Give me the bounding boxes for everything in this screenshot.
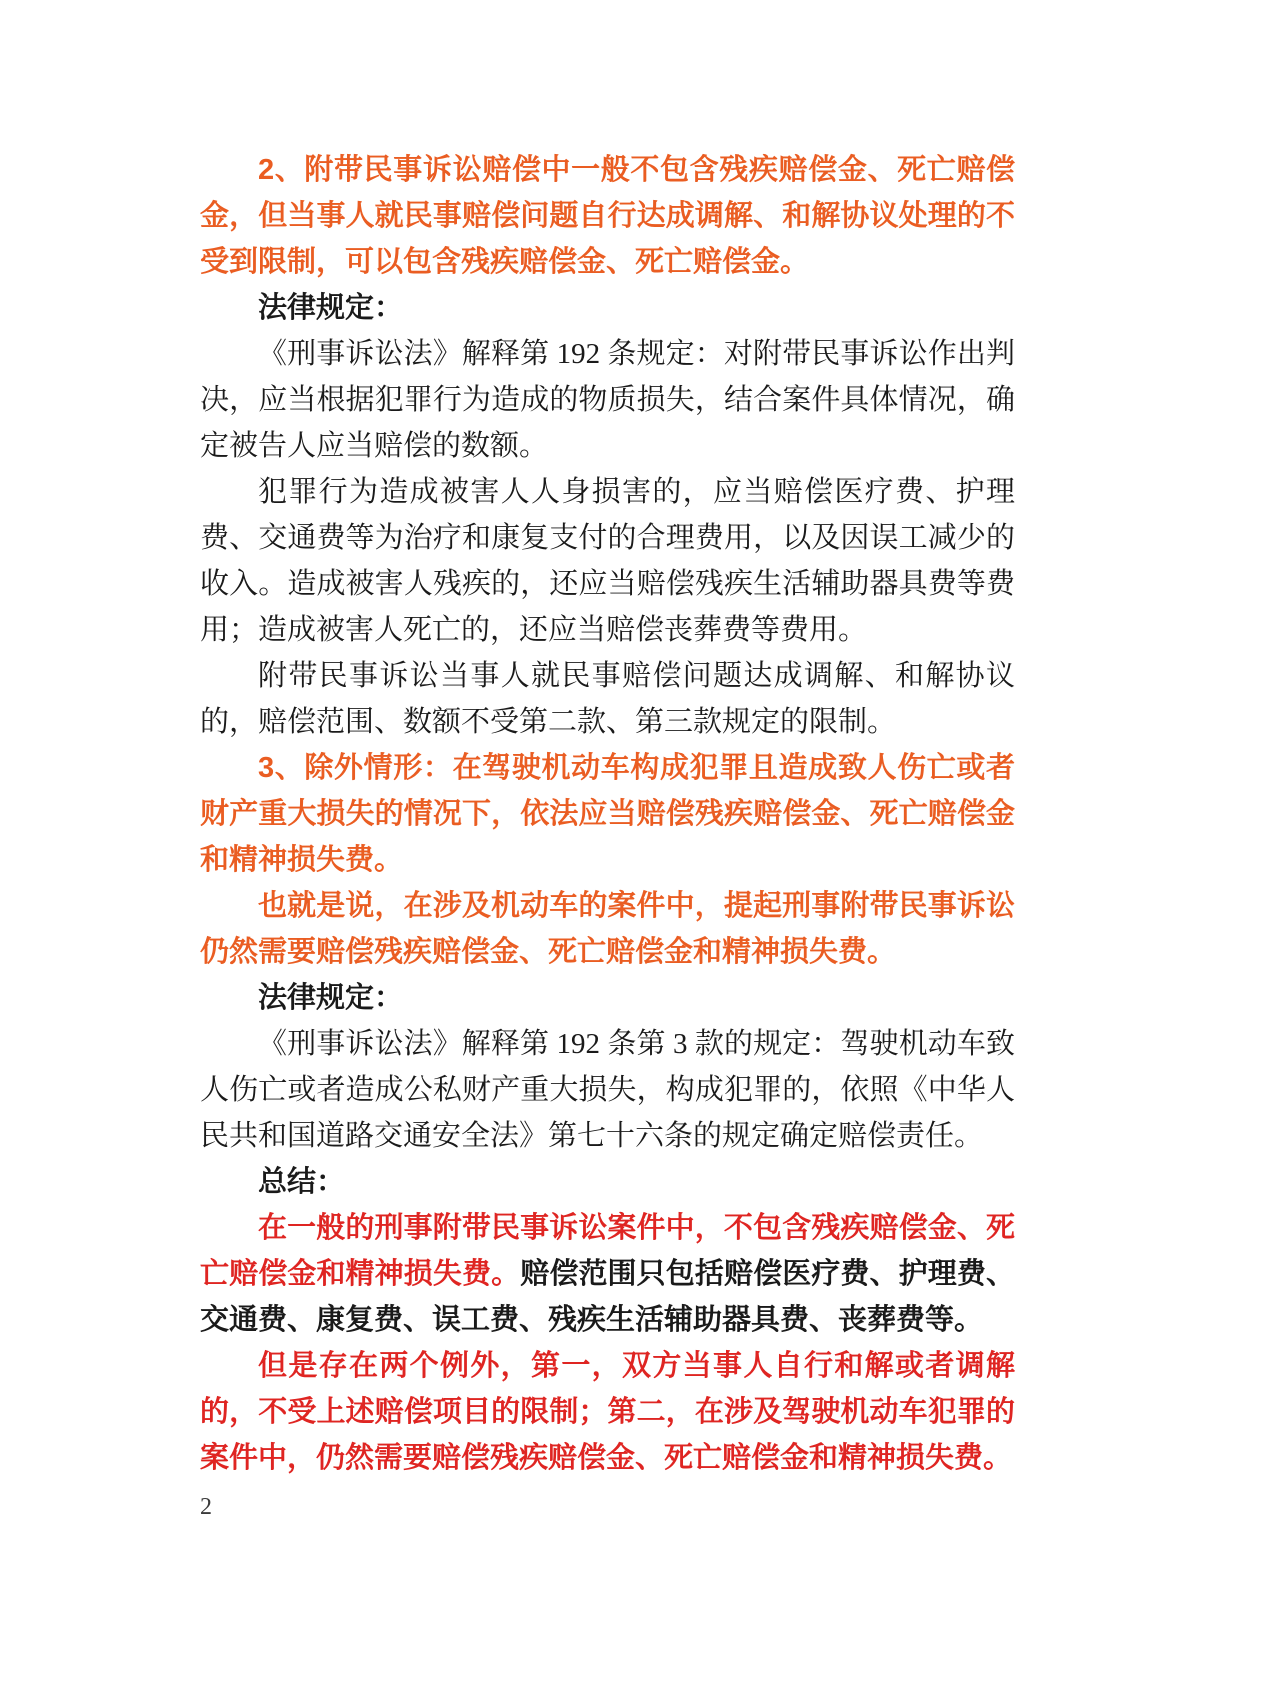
- paragraph-summary-main: 在一般的刑事附带民事诉讼案件中，不包含残疾赔偿金、死亡赔偿金和精神损失费。赔偿范…: [200, 1205, 1015, 1343]
- heading-summary: 总结：: [200, 1159, 1015, 1205]
- page-number: 2: [200, 1489, 1015, 1525]
- paragraph-article-192-clause-3: 《刑事诉讼法》解释第 192 条第 3 款的规定：驾驶机动车致人伤亡或者造成公私…: [200, 1021, 1015, 1159]
- paragraph-article-192: 《刑事诉讼法》解释第 192 条规定：对附带民事诉讼作出判决，应当根据犯罪行为造…: [200, 331, 1015, 469]
- paragraph-summary-exceptions: 但是存在两个例外，第一，双方当事人自行和解或者调解的，不受上述赔偿项目的限制；第…: [200, 1343, 1015, 1481]
- document-content: 2、附带民事诉讼赔偿中一般不包含残疾赔偿金、死亡赔偿金，但当事人就民事赔偿问题自…: [200, 147, 1015, 1525]
- heading-legal-provision-2: 法律规定：: [200, 975, 1015, 1021]
- paragraph-point-2: 2、附带民事诉讼赔偿中一般不包含残疾赔偿金、死亡赔偿金，但当事人就民事赔偿问题自…: [200, 147, 1015, 285]
- paragraph-personal-injury-compensation: 犯罪行为造成被害人人身损害的，应当赔偿医疗费、护理费、交通费等为治疗和康复支付的…: [200, 469, 1015, 653]
- paragraph-mediation-agreement: 附带民事诉讼当事人就民事赔偿问题达成调解、和解协议的，赔偿范围、数额不受第二款、…: [200, 653, 1015, 745]
- paragraph-motor-vehicle-note: 也就是说，在涉及机动车的案件中，提起刑事附带民事诉讼仍然需要赔偿残疾赔偿金、死亡…: [200, 883, 1015, 975]
- document-page: 2、附带民事诉讼赔偿中一般不包含残疾赔偿金、死亡赔偿金，但当事人就民事赔偿问题自…: [0, 0, 1280, 1706]
- paragraph-point-3-exception: 3、除外情形：在驾驶机动车构成犯罪且造成致人伤亡或者财产重大损失的情况下，依法应…: [200, 745, 1015, 883]
- heading-legal-provision-1: 法律规定：: [200, 285, 1015, 331]
